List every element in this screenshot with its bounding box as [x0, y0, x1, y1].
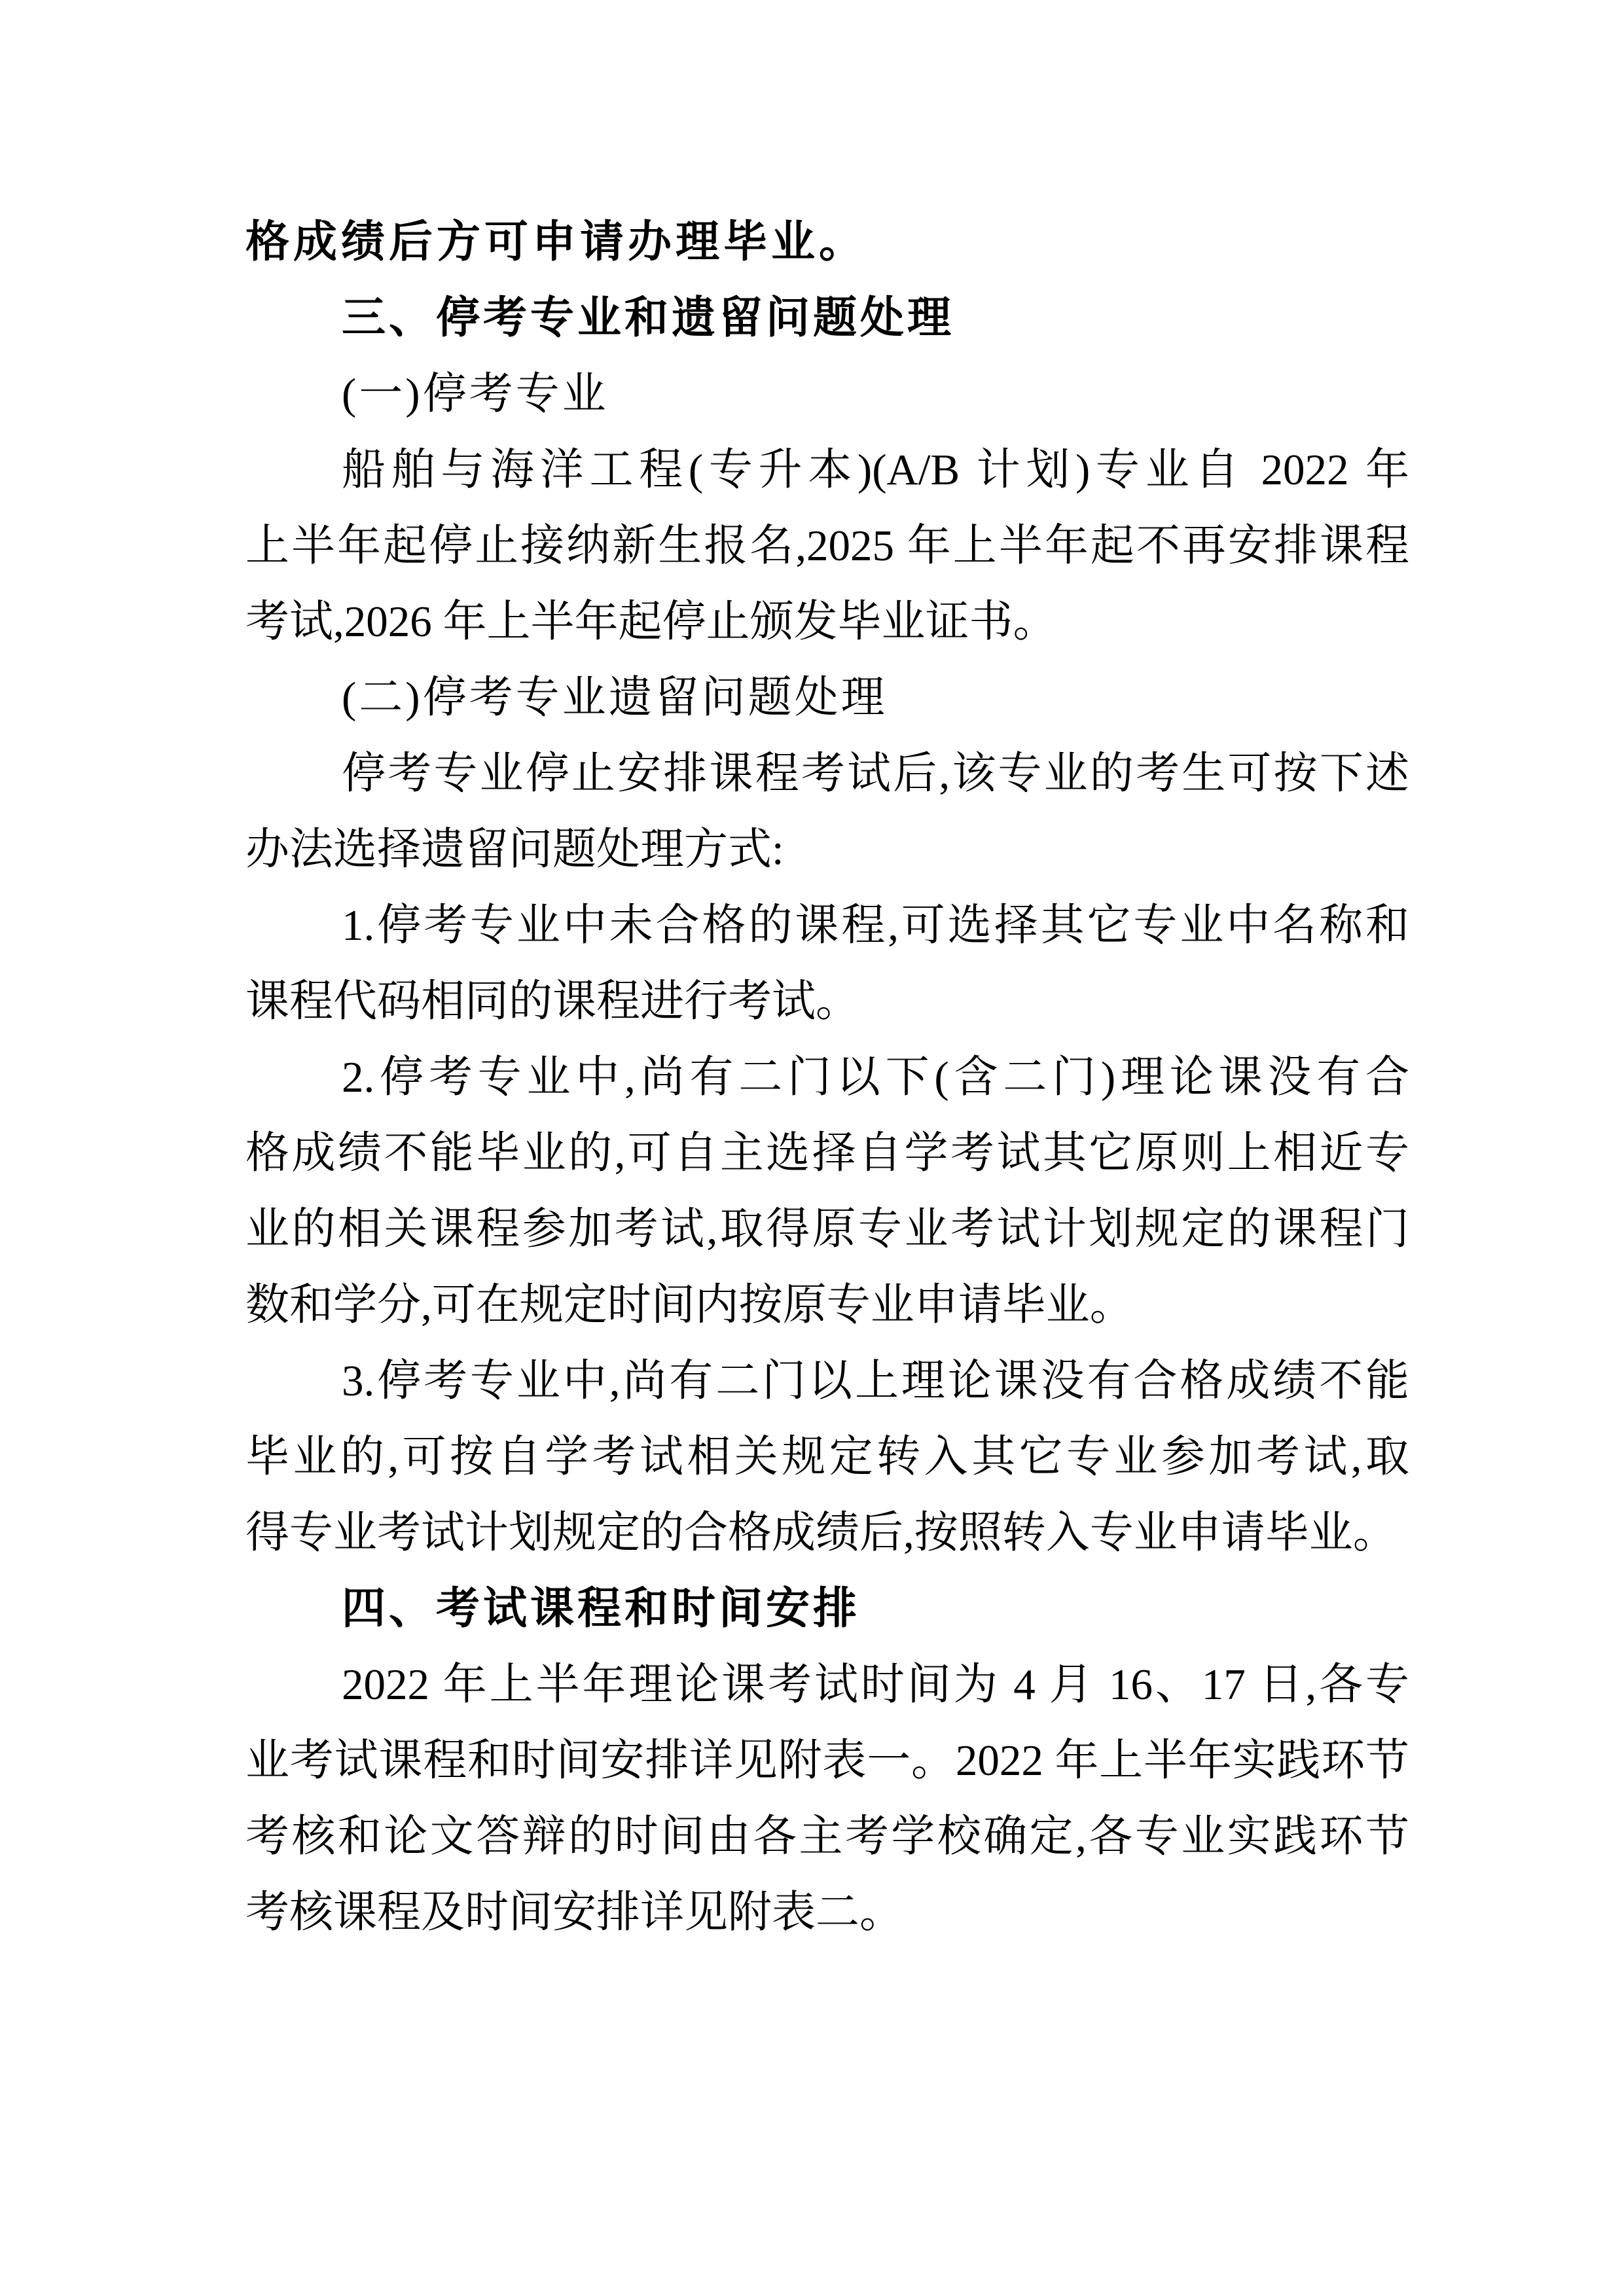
- text-line: 得专业考试计划规定的合格成绩后,按照转入专业申请毕业。: [245, 1495, 1409, 1571]
- text-line: 2022 年上半年理论课考试时间为 4 月 16、17 日,各专: [245, 1647, 1409, 1723]
- text-line: 格成绩后方可申请办理毕业。: [245, 204, 1409, 280]
- text-line: 课程代码相同的课程进行考试。: [245, 963, 1409, 1039]
- text-line: 考核和论文答辩的时间由各主考学校确定,各专业实践环节: [245, 1799, 1409, 1874]
- text-line: 考试,2026 年上半年起停止颁发毕业证书。: [245, 584, 1409, 660]
- text-line: 毕业的,可按自学考试相关规定转入其它专业参加考试,取: [245, 1419, 1409, 1495]
- text-line: 数和学分,可在规定时间内按原专业申请毕业。: [245, 1267, 1409, 1343]
- document-body: 格成绩后方可申请办理毕业。三、停考专业和遗留问题处理(一)停考专业船舶与海洋工程…: [245, 204, 1409, 1950]
- text-line: 考核课程及时间安排详见附表二。: [245, 1874, 1409, 1950]
- text-line: 办法选择遗留问题处理方式:: [245, 812, 1409, 888]
- text-line: 四、考试课程和时间安排: [245, 1571, 1409, 1647]
- text-line: (二)停考专业遗留问题处理: [245, 660, 1409, 736]
- text-line: 停考专业停止安排课程考试后,该专业的考生可按下述: [245, 736, 1409, 812]
- text-line: 三、停考专业和遗留问题处理: [245, 280, 1409, 356]
- text-line: 1.停考专业中未合格的课程,可选择其它专业中名称和: [245, 888, 1409, 963]
- text-line: 格成绩不能毕业的,可自主选择自学考试其它原则上相近专: [245, 1115, 1409, 1191]
- text-line: 业的相关课程参加考试,取得原专业考试计划规定的课程门: [245, 1191, 1409, 1267]
- text-line: 业考试课程和时间安排详见附表一。2022 年上半年实践环节: [245, 1723, 1409, 1799]
- text-line: 3.停考专业中,尚有二门以上理论课没有合格成绩不能: [245, 1343, 1409, 1419]
- text-line: 船舶与海洋工程(专升本)(A/B 计划)专业自 2022 年: [245, 432, 1409, 508]
- text-line: 上半年起停止接纳新生报名,2025 年上半年起不再安排课程: [245, 508, 1409, 584]
- text-line: (一)停考专业: [245, 356, 1409, 432]
- text-line: 2.停考专业中,尚有二门以下(含二门)理论课没有合: [245, 1039, 1409, 1115]
- document-page: 格成绩后方可申请办理毕业。三、停考专业和遗留问题处理(一)停考专业船舶与海洋工程…: [0, 0, 1624, 2296]
